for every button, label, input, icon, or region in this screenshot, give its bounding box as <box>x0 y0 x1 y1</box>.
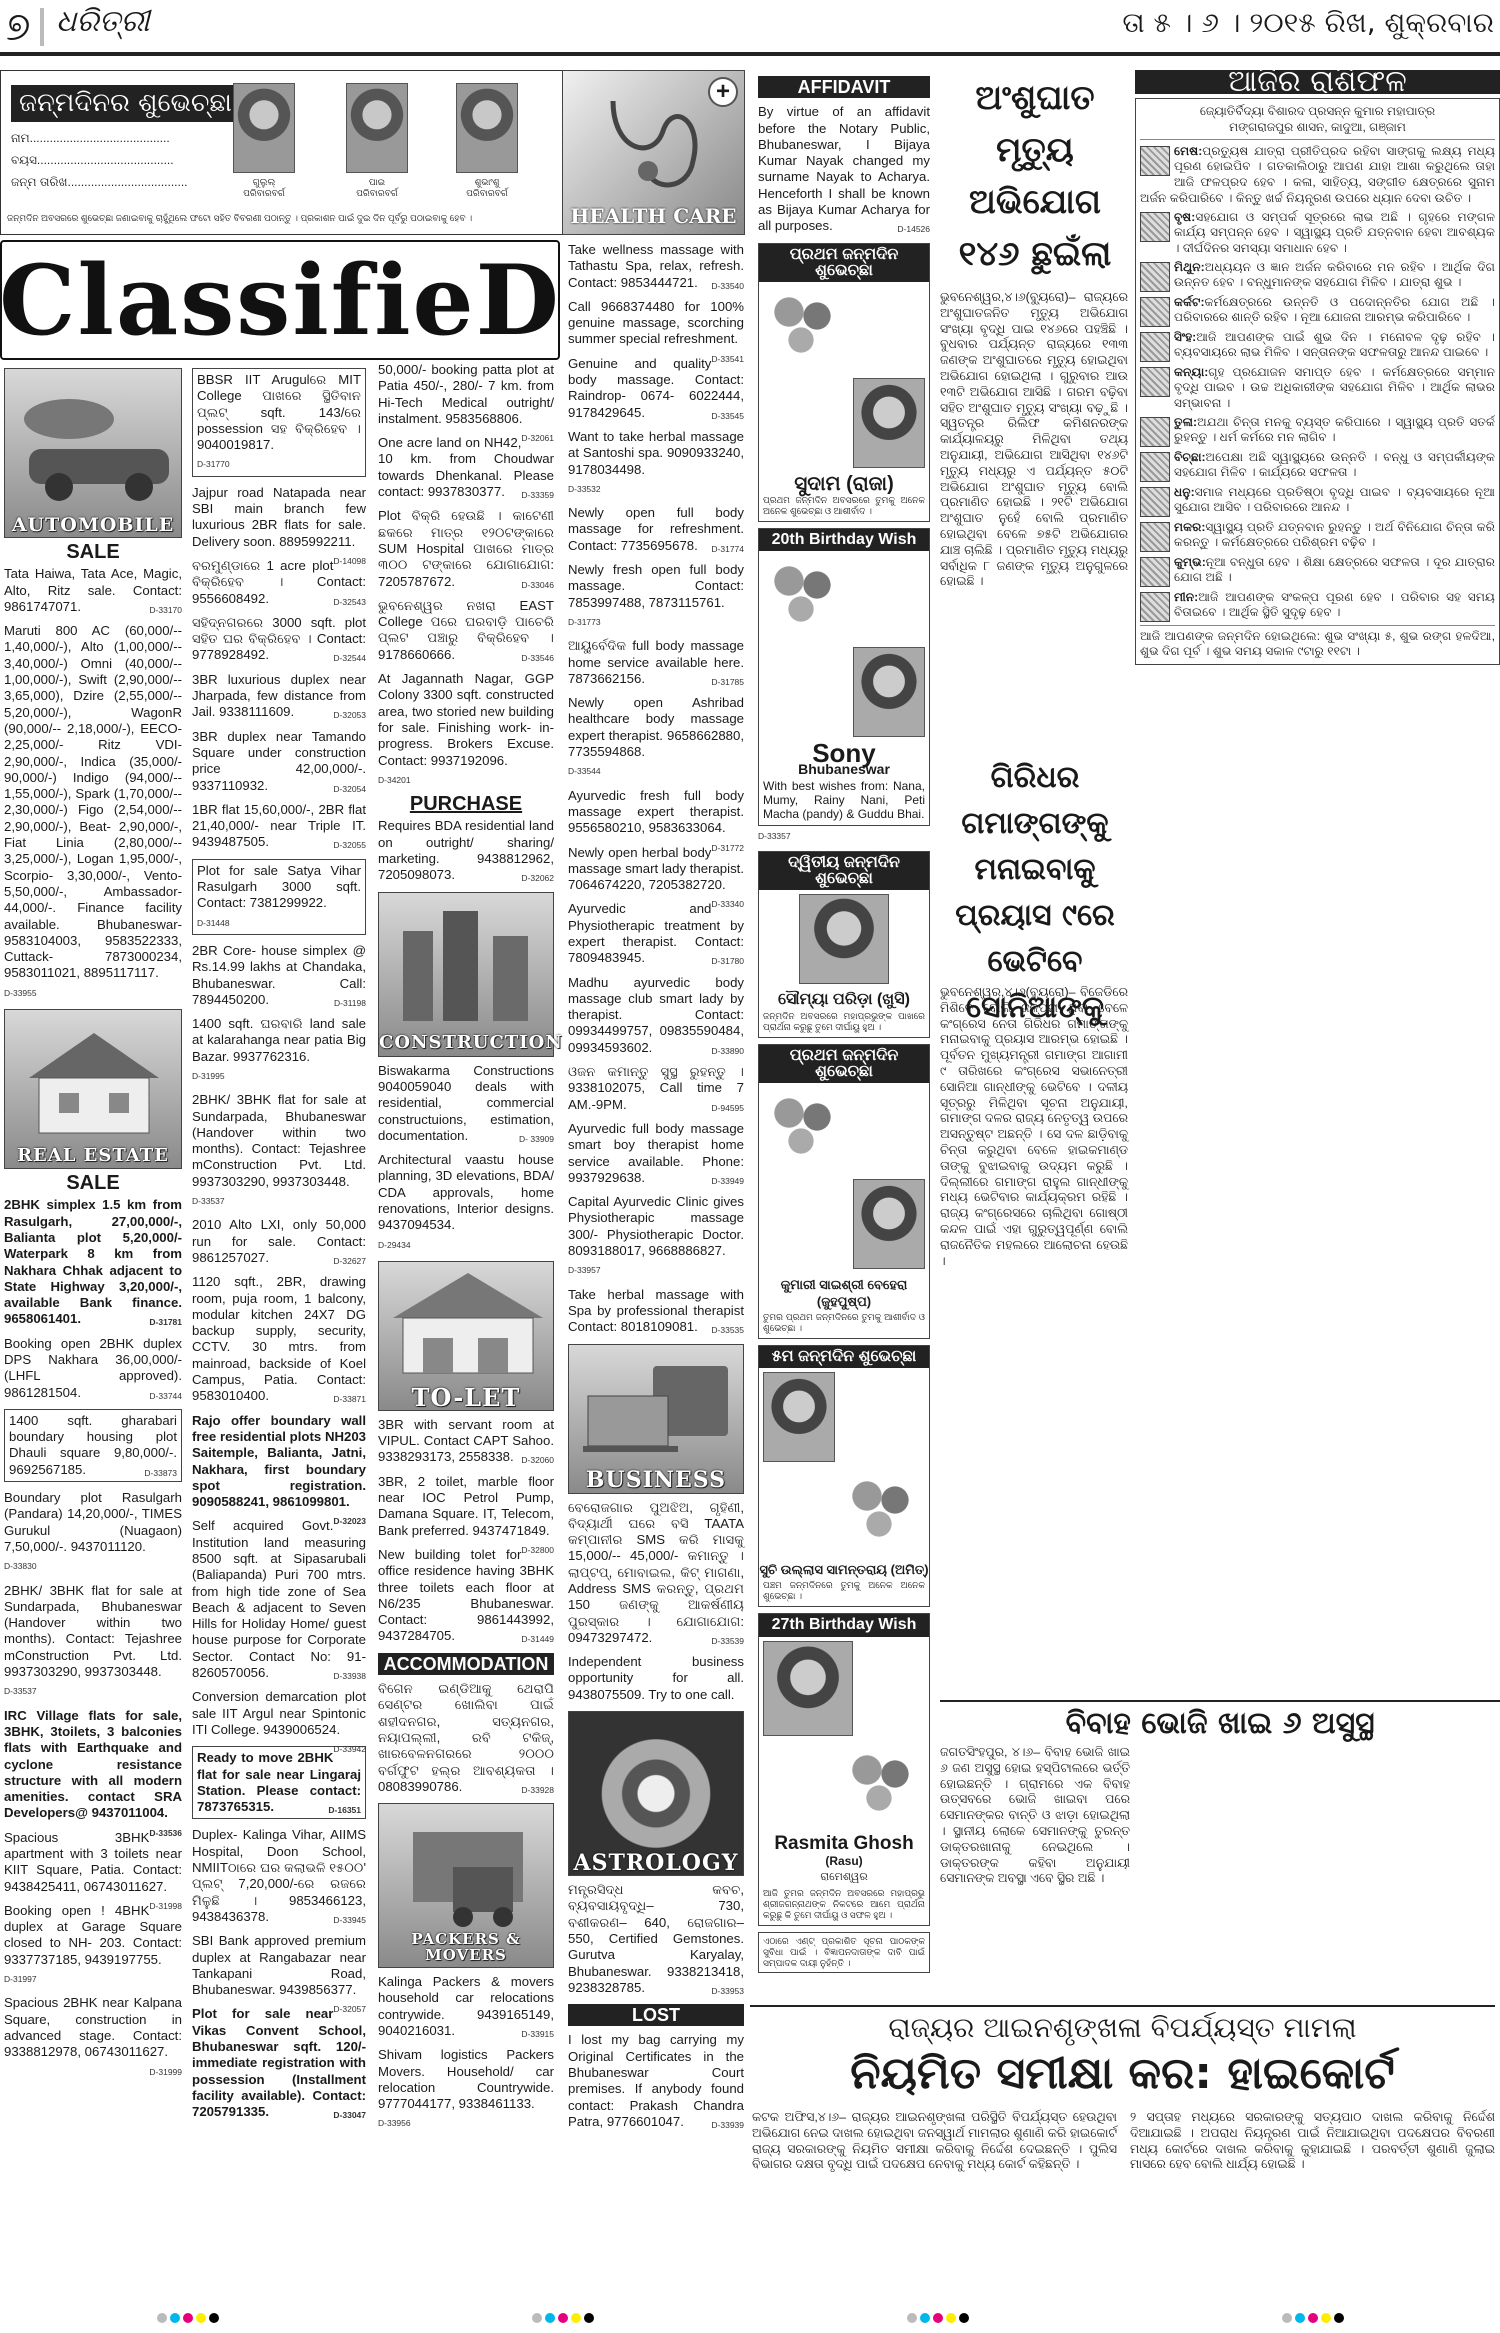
magenta-dot <box>183 2313 193 2323</box>
masthead-divider <box>40 8 44 46</box>
classified-ad: Booking open 2BHK duplex DPS Nakhara 36,… <box>4 1336 182 1401</box>
horoscope-sign: କନ୍ୟା:ଗୃହ ପ୍ରଯୋଜନ ସମାପ୍ତ ହେବ । କର୍ମକ୍ଷେତ… <box>1140 365 1495 412</box>
classified-ad: ଭୁବନେଶ୍ୱର ନଖରା EAST College ପରେ ଘରବାଡ଼ି … <box>378 598 554 663</box>
accommodation-heading: ACCOMMODATION <box>378 1653 554 1675</box>
masthead: ୭ ଧରିତ୍ରୀ ତା ୫ । ୬ । ୨୦୧୫ ରିଖ, ଶୁକ୍ରବାର <box>0 0 1500 56</box>
classified-ad: Newly fresh open full body massage. Cont… <box>568 562 744 630</box>
construction-banner: CONSTRUCTION <box>378 892 554 1057</box>
balloons-icon <box>765 288 845 368</box>
packers-movers-banner: PACKERS & MOVERS <box>378 1803 554 1968</box>
health-care-banner: + HEALTH CARE <box>562 70 745 235</box>
dob-field: ଜନ୍ମ ତାରିଖ..............................… <box>11 175 211 190</box>
horoscope-sign: ବିଚ୍ଛା:ଅପେକ୍ଷା ଅଛି ସ୍ୱାସ୍ଥ୍ୟରେ ଉନ୍ନତି । … <box>1140 450 1495 482</box>
wish-place: Bhubaneswar <box>759 761 929 777</box>
health-care-label: HEALTH CARE <box>563 204 744 228</box>
classified-ad: 3BR with servant room at VIPUL. Contact … <box>378 1417 554 1466</box>
wish-heading: ପ୍ରଥମ ଜନ୍ମଦିନ ଶୁଭେଚ୍ଛା <box>759 244 929 283</box>
birthday-wish-card: 20th Birthday Wish Sony Bhubaneswar With… <box>758 528 930 827</box>
real-estate-banner: REAL ESTATE <box>4 1009 182 1169</box>
classified-ad: Kalinga Packers & movers household car r… <box>378 1974 554 2039</box>
horoscope-sign: ମକର:ସ୍ୱାସ୍ଥ୍ୟ ପ୍ରତି ଯତ୍ନବାନ ରୁହନ୍ତୁ । ଅର… <box>1140 520 1495 552</box>
registration-mark <box>532 2313 594 2323</box>
classified-ad: Jajpur road Natapada near SBI main branc… <box>192 485 366 550</box>
kid-caption: ଶୁଭାଂଶୁପରିବାରବର୍ଗ <box>447 177 527 199</box>
birthday-wish-card: ୫ମ ଜନ୍ମଦିନ ଶୁଭେଚ୍ଛା ସୁଚି ଉଲ୍ଲାସ ସାମନ୍ତରା… <box>758 1345 930 1608</box>
house-icon <box>383 1268 553 1378</box>
wish-text: ପଞ୍ଚମ ଜନ୍ମଦିନରେ ତୁମକୁ ଅନେକ ଅନେକ ଶୁଭେଚ୍ଛା… <box>759 1578 929 1606</box>
classified-ad: 1120 sqft., 2BR, drawing room, puja room… <box>192 1274 366 1404</box>
registration-mark <box>157 2313 219 2323</box>
wish-name: Rasmita Ghosh (Rasu) <box>759 1832 929 1870</box>
astrology-label: ASTROLOGY <box>569 1855 743 1871</box>
classified-ad: ବେରୋଜଗାର ପୁଅଝିଅ, ଗୃହିଣୀ, ବିଦ୍ୟାର୍ଥୀ ଘରେ … <box>568 1500 744 1647</box>
scorpio-icon <box>1140 452 1170 482</box>
wish-text: ତୁମର ପ୍ରଥମ ଜନ୍ମଦିନରେ ତୁମକୁ ଆଶୀର୍ବାଦ ଓ ଶୁ… <box>759 1310 929 1338</box>
birthday-form-title: ଜନ୍ମଦିନର ଶୁଭେଚ୍ଛା <box>11 85 240 122</box>
classified-ad: Newly open full body massage for refresh… <box>568 505 744 554</box>
classified-ad: 3BR duplex near Tamando Square under con… <box>192 729 366 794</box>
classified-ad-boxed: 1400 sqft. gharabari boundary housing pl… <box>4 1409 182 1482</box>
balloons-icon <box>843 1472 923 1552</box>
cyan-dot <box>170 2313 180 2323</box>
classified-ad: 2BHK simplex 1.5 km from Rasulgarh, 27,0… <box>4 1197 182 1327</box>
masthead-rule <box>0 52 1500 56</box>
packers-movers-label: PACKERS & MOVERS <box>379 1931 553 1964</box>
newspaper-logo: ଧରିତ୍ରୀ <box>56 4 150 39</box>
classified-ad: 2010 Alto LXI, only 50,000 run for sale.… <box>192 1217 366 1266</box>
headline: ଅଂଶୁଘାତ ମୃତ୍ୟୁ ଅଭିଯୋଗ ୧୪୬ ଛୁଇଁଲା <box>940 72 1130 280</box>
name-field: ନାମ.....................................… <box>11 131 211 146</box>
news-body: ଭୁବନେଶ୍ୱର,୪।୬(ବ୍ୟୁରୋ)– ବିଜେଡିରେ ମିଶିବେ ବ… <box>940 985 1128 1269</box>
classified-ad: At Jagannath Nagar, GGP Colony 3300 sqft… <box>378 671 554 788</box>
horoscope-sign: ମିଥୁନ:ଅଧ୍ୟୟନ ଓ ଜ୍ଞାନ ଅର୍ଜନ କରିବାରେ ମନ ରହ… <box>1140 260 1495 292</box>
wish-place: ରାମେଶ୍ୱର <box>759 1869 929 1885</box>
classified-ad: 2BHK/ 3BHK flat for sale at Sundarpada, … <box>192 1092 366 1209</box>
wish-text: ପ୍ରଥମ ଜନ୍ମଦିନ ଅବସରରେ ତୁମକୁ ଅନେକ ଅନେକ ଶୁଭ… <box>759 493 929 521</box>
classified-ad: Madhu ayurvedic body massage club smart … <box>568 975 744 1056</box>
wish-heading: 20th Birthday Wish <box>759 529 929 551</box>
classified-ad: ବିଗେନ ଇଣ୍ଡିଆକୁ ଥେରାପି ସେଣ୍ଟର ଖୋଲିବା ପାଇଁ… <box>378 1681 554 1795</box>
horoscope-sign: ମୀନ:ଆଜି ଆପଣଙ୍କ ସଂକଳ୍ପ ପୂରଣ ହେବ । ପରିବାର … <box>1140 590 1495 622</box>
kid-photo <box>233 83 295 173</box>
classified-ad: ମନ୍ତ୍ରସିଦ୍ଧ କବଚ, ବ୍ୟବସାୟବୃଦ୍ଧି– 730, ବଶୀ… <box>568 1882 744 1996</box>
horoscope-footnote: ଆଜି ଆପଣଙ୍କ ଜନ୍ମଦିନ ହୋଇଥିଲେ: ଶୁଭ ସଂଖ୍ୟା ୫… <box>1140 625 1495 660</box>
black-dot <box>209 2313 219 2323</box>
child-photo <box>853 1179 925 1269</box>
wish-name: ସୁଚି ଉଲ୍ଲାସ ସାମନ୍ତରାୟ (ଅମିତ୍) <box>759 1558 929 1578</box>
classified-ad: I lost my bag carrying my Original Certi… <box>568 2032 744 2130</box>
classified-ad: 50,000/- booking patta plot at Patia 450… <box>378 362 554 427</box>
classified-ad: IRC Village flats for sale, 3BHK, 3toile… <box>4 1708 182 1822</box>
birthday-wish-card: 27th Birthday Wish Rasmita Ghosh (Rasu) … <box>758 1613 930 1925</box>
lost-heading: LOST <box>568 2004 744 2026</box>
affidavit-notice: By virtue of an affidavit before the Not… <box>758 104 930 234</box>
news-body: ଜଗତସିଂହପୁର, ୪।୬– ବିବାହ ଭୋଜି ଖାଇ ୬ ଜଣ ଅସୁ… <box>940 1745 1130 1887</box>
wish-text: With best wishes from: Nana, Mumy, Rainy… <box>759 777 929 825</box>
classified-ad: Independent business opportunity for all… <box>568 1654 744 1703</box>
cancer-icon <box>1140 297 1170 327</box>
headline: ବିବାହ ଭୋଜି ଖାଇ ୬ ଅସୁସ୍ଥ <box>940 1700 1500 1741</box>
classified-ad: Rajo offer boundary wall free residentia… <box>192 1413 366 1511</box>
kid-caption: ଗୁଲୁଲ୍ପରିବାରବର୍ଗ <box>224 177 304 199</box>
to-let-label: TO-LET <box>379 1390 553 1406</box>
classified-ad: Take wellness massage with Tathastu Spa,… <box>568 242 744 291</box>
print-registration-marks <box>0 2303 1500 2333</box>
sagittarius-icon <box>1140 487 1170 517</box>
news-kicker: ରାଜ୍ୟର ଆଇନଶୃଙ୍ଖଳା ବିପର୍ଯ୍ୟସ୍ତ ମାମଲା <box>750 2005 1495 2045</box>
classified-ad: New building tolet for office residence … <box>378 1547 554 1645</box>
house-icon <box>9 1018 179 1138</box>
registration-mark <box>1282 2313 1344 2323</box>
horoscope-section: ଆଜିର ରାଶିଫଳ ଜ୍ୟୋତିର୍ବିଦ୍ୟା ବିଶାରଦ ପ୍ରସନ୍… <box>1135 70 1500 665</box>
horoscope-sign: ସିଂହ:ଆଜି ଆପଣଙ୍କ ପାଇଁ ଶୁଭ ଦିନ । ମନୋବଳ ଦୃଢ… <box>1140 330 1495 362</box>
classified-ad: Take herbal massage with Spa by professi… <box>568 1287 744 1336</box>
real-estate-label: REAL ESTATE <box>5 1148 181 1164</box>
disclaimer-box: ଏଠାରେ ଏଣ୍ଟ୍ ପ୍ରକାଶିତ ସୂଚନା ପାଠକଙ୍କ ସୁବିଧ… <box>758 1932 930 1973</box>
capricorn-icon <box>1140 522 1170 552</box>
classified-ad: Shivam logistics Packers Movers. Househo… <box>378 2047 554 2131</box>
classified-ad: Ayurvedic fresh full body massage expert… <box>568 788 744 837</box>
classified-ad: Capital Ayurvedic Clinic gives Physiothe… <box>568 1194 744 1278</box>
horoscope-sign: କୁମ୍ଭ:ନୂଆ ବନ୍ଧୁତା ହେବ । ଶିକ୍ଷା କ୍ଷେତ୍ରରେ… <box>1140 555 1495 587</box>
business-banner: BUSINESS <box>568 1344 744 1494</box>
column-affidavit-wishes: AFFIDAVIT By virtue of an affidavit befo… <box>758 76 930 1981</box>
news-body: କଟକ ଅଫିସ,୪।୬– ରାଜ୍ୟର ଆଇନଶୃଙ୍ଖଳା ପରିସ୍ଥିତ… <box>752 2110 1117 2173</box>
headline: ନିୟମିତ ସମୀକ୍ଷା କର: ହାଇକୋର୍ଟ <box>750 2048 1495 2099</box>
horoscope-sign: କର୍କଟ:କର୍ମକ୍ଷେତ୍ରରେ ଉନ୍ନତି ଓ ପଦୋନ୍ନତିର ଯ… <box>1140 295 1495 327</box>
classified-ad: Ayurvedic full body massage smart boy th… <box>568 1121 744 1186</box>
horoscope-frame: ଜ୍ୟୋତିର୍ବିଦ୍ୟା ବିଶାରଦ ପ୍ରସନ୍ନ କୁମାର ମହାପ… <box>1135 98 1500 665</box>
classified-ad: Duplex- Kalinga Vihar, AIIMS Hospital, D… <box>192 1827 366 1925</box>
taurus-icon <box>1140 212 1170 242</box>
gemini-icon <box>1140 262 1170 292</box>
classified-ad: Maruti 800 AC (60,000/-- 1,40,000/-), Al… <box>4 623 182 1001</box>
classified-ad: 2BHK/ 3BHK flat for sale at Sundarpada, … <box>4 1583 182 1700</box>
flowers-icon <box>765 557 845 637</box>
classified-ad: Plot ବିକ୍ରି ହେଉଛି । କାଟେଣୀ ଛକରେ ମାତ୍ର ୧୨… <box>378 508 554 589</box>
news-body: ୨ ସପ୍ତାହ ମଧ୍ୟରେ ସରକାରଙ୍କୁ ସତ୍ୟପାଠ ଦାଖଲ କ… <box>1130 2110 1495 2173</box>
person-photo <box>853 647 925 737</box>
wish-text: ଜନ୍ମଦିନ ଅବସରରେ ମହାପ୍ରଭୁଙ୍କ ପାଖରେ ପ୍ରାର୍ଥ… <box>759 1009 929 1037</box>
horoscope-sign: ମେଷ:ପ୍ରତ୍ୟୁଷ ଯାତ୍ରା ପ୍ରୀତିପ୍ରଦ ରହିବା ସାଙ… <box>1140 144 1495 207</box>
affidavit-heading: AFFIDAVIT <box>758 76 930 98</box>
balloons-icon <box>765 1089 845 1169</box>
classified-ad: Tata Haiwa, Tata Ace, Magic, Alto, Ritz … <box>4 566 182 615</box>
classified-ad: Conversion demarcation plot sale IIT Arg… <box>192 1689 366 1738</box>
classified-ad: Spacious 2BHK near Kalpana Square, const… <box>4 1995 182 2060</box>
child-photo <box>763 1372 835 1462</box>
classified-ad: Call 9668374480 for 100% genuine massage… <box>568 299 744 348</box>
yellow-dot <box>196 2313 206 2323</box>
libra-icon <box>1140 417 1170 447</box>
birthday-wish-card: ଦ୍ୱିତୀୟ ଜନ୍ମଦିନ ଶୁଭେଚ୍ଛା ସୌମ୍ୟା ପରିଡ଼ା (… <box>758 851 930 1038</box>
person-photo <box>763 1641 853 1736</box>
horoscope-sign: ଧନୁ:ସମାଜ ମଧ୍ୟରେ ପ୍ରତିଷ୍ଠା ବୃଦ୍ଧି ପାଇବ । … <box>1140 485 1495 517</box>
classified-ad: 3BR, 2 toilet, marble floor near IOC Pet… <box>378 1474 554 1539</box>
business-label: BUSINESS <box>569 1472 743 1488</box>
aries-icon <box>1140 146 1170 176</box>
kid-photo <box>456 83 518 173</box>
classified-ad-boxed: BBSR IIT Arugulରେ MIT College ପାଖରେ ସ୍ଥି… <box>192 368 366 477</box>
construction-label: CONSTRUCTION <box>379 1035 553 1051</box>
classified-ad: 2BR Core- house simplex @ Rs.14.99 lakhs… <box>192 943 366 1008</box>
briefcase-laptop-icon <box>573 1351 743 1461</box>
ad-code: D-33357 <box>758 828 930 844</box>
buildings-icon <box>383 901 553 1021</box>
classified-ad: SBI Bank approved premium duplex at Rang… <box>192 1933 366 1998</box>
birthday-wish-card: ପ୍ରଥମ ଜନ୍ମଦିନ ଶୁଭେଚ୍ଛା କୁମାରୀ ସାଇଶ୍ରୀ ବେ… <box>758 1044 930 1339</box>
kid-caption: ପାଇପରିବାରବର୍ଗ <box>337 177 417 199</box>
kid-photo <box>346 83 408 173</box>
purchase-heading: PURCHASE <box>378 796 554 812</box>
classified-ad: 1BR flat 15,60,000/-, 2BR flat 21,40,000… <box>192 802 366 851</box>
automobile-label: AUTOMOBILE <box>5 517 181 533</box>
classified-ad: Architectural vaastu house planning, 3D … <box>378 1152 554 1253</box>
classified-ad: Booking open ! 4BHK duplex at Garage Squ… <box>4 1903 182 1987</box>
column-land-tolet: 50,000/- booking patta plot at Patia 450… <box>378 362 554 2140</box>
wish-heading: 27th Birthday Wish <box>759 1614 929 1636</box>
wish-heading: ଦ୍ୱିତୀୟ ଜନ୍ମଦିନ ଶୁଭେଚ୍ଛା <box>759 852 929 891</box>
classified-ad: Newly open Ashribad healthcare body mass… <box>568 695 744 779</box>
page-number: ୭ <box>6 4 30 50</box>
virgo-icon <box>1140 367 1170 397</box>
horoscope-sign: ତୁଳା:ଅଯଥା ଚିନ୍ତା ମନକୁ ବ୍ୟସ୍ତ କରିପାରେ । ସ… <box>1140 415 1495 447</box>
flowers-icon <box>843 1746 923 1826</box>
horoscope-title: ଆଜିର ରାଶିଫଳ <box>1135 70 1500 94</box>
classified-ad: ଆୟୁର୍ବେଦିକ full body massage home servic… <box>568 638 744 687</box>
wish-heading: ୫ମ ଜନ୍ମଦିନ ଶୁଭେଚ୍ଛା <box>759 1346 929 1368</box>
registration-mark <box>907 2313 969 2323</box>
aquarius-icon <box>1140 557 1170 587</box>
wish-name: ସୁଦାମ (ରାଜା) <box>759 472 929 492</box>
news-body: ଭୁବନେଶ୍ୱର,୪।୬(ବ୍ୟୁରୋ)– ରାଜ୍ୟରେ ଅଂଶୁଘାତଜନ… <box>940 290 1128 590</box>
classified-banner: ClassifieD <box>0 240 560 360</box>
column-health-business: Take wellness massage with Tathastu Spa,… <box>568 242 744 2138</box>
classified-ad: 1400 sqft. ଘରବାରି land sale at kalarahan… <box>192 1016 366 1084</box>
horoscope-sign: ବୃଷ:ସହଯୋଗ ଓ ସମ୍ପର୍କ ସୂତ୍ରରେ ଲାଭ ଅଛି । ଗୃ… <box>1140 210 1495 257</box>
sale-heading: SALE <box>4 1175 182 1191</box>
astrology-banner: ASTROLOGY <box>568 1711 744 1876</box>
classified-ad: Requires BDA residential land on outrigh… <box>378 818 554 883</box>
news-story: ବିବାହ ଭୋଜି ଖାଇ ୬ ଅସୁସ୍ଥ <box>940 1700 1500 1741</box>
classified-ad: 3BR luxurious duplex near Jharpada, few … <box>192 672 366 721</box>
classified-ad: Biswakarma Constructions 9040059040 deal… <box>378 1063 554 1144</box>
sale-heading: SALE <box>4 544 182 560</box>
automobile-banner: AUTOMOBILE <box>4 368 182 538</box>
classified-ad: ସହିଦ୍‌ନଗରରେ 3000 sqft. plot ସହିତ ଘର ବିକ୍… <box>192 615 366 664</box>
truck-icon <box>383 1812 553 1932</box>
age-field: ବୟସ.....................................… <box>11 153 211 168</box>
stethoscope-icon <box>593 91 713 201</box>
to-let-banner: TO-LET <box>378 1261 554 1411</box>
column-automobile-realestate: AUTOMOBILE SALE Tata Haiwa, Tata Ace, Ma… <box>4 368 182 2080</box>
classified-ad: Boundary plot Rasulgarh (Pandara) 14,20,… <box>4 1490 182 1574</box>
birthday-wish-card: ପ୍ରଥମ ଜନ୍ମଦିନ ଶୁଭେଚ୍ଛା ସୁଦାମ (ରାଜା) ପ୍ରଥ… <box>758 243 930 522</box>
wish-name: କୁମାରୀ ସାଇଶ୍ରୀ ବେହେରା (ଜୁହପୁଷ୍ପ) <box>759 1273 929 1310</box>
classified-ad: ଓଜନ କମାନ୍ତୁ ସୁସ୍ଥ ରୁହନ୍ତୁ । 9338102075, … <box>568 1064 744 1113</box>
classified-ad: Want to take herbal massage at Santoshi … <box>568 429 744 497</box>
wish-name: Sony <box>759 741 929 761</box>
child-photo <box>853 378 925 468</box>
pisces-icon <box>1140 592 1170 622</box>
leo-icon <box>1140 332 1170 362</box>
classified-ad: Plot for sale near Vikas Convent School,… <box>192 2006 366 2120</box>
column-property-ads: BBSR IIT Arugulରେ MIT College ପାଖରେ ସ୍ଥି… <box>192 368 366 2129</box>
car-icon <box>9 389 179 509</box>
classified-ad-boxed: Plot for sale Satya Vihar Rasulgarh 3000… <box>192 859 366 935</box>
classified-ad: Self acquired Govt. Institution land mea… <box>192 1518 366 1681</box>
wish-text: ଆଜି ତୁମର ଜନ୍ମଦିନ ଅବସରରେ ମହାପ୍ରଭୁ ଶ୍ରୀଜଗନ… <box>759 1886 929 1925</box>
child-photo <box>799 894 889 984</box>
issue-date: ତା ୫ । ୬ । ୨୦୧୫ ରିଖ, ଶୁକ୍ରବାର <box>1122 6 1494 40</box>
news-story: ଅଂଶୁଘାତ ମୃତ୍ୟୁ ଅଭିଯୋଗ ୧୪୬ ଛୁଇଁଲା <box>940 72 1130 280</box>
astrologer-byline: ଜ୍ୟୋତିର୍ବିଦ୍ୟା ବିଶାରଦ ପ୍ରସନ୍ନ କୁମାର ମହାପ… <box>1140 103 1495 140</box>
wish-heading: ପ୍ରଥମ ଜନ୍ମଦିନ ଶୁଭେଚ୍ଛା <box>759 1045 929 1084</box>
wish-name: ସୌମ୍ୟା ପରିଡ଼ା (ଖୁସି) <box>759 988 929 1008</box>
